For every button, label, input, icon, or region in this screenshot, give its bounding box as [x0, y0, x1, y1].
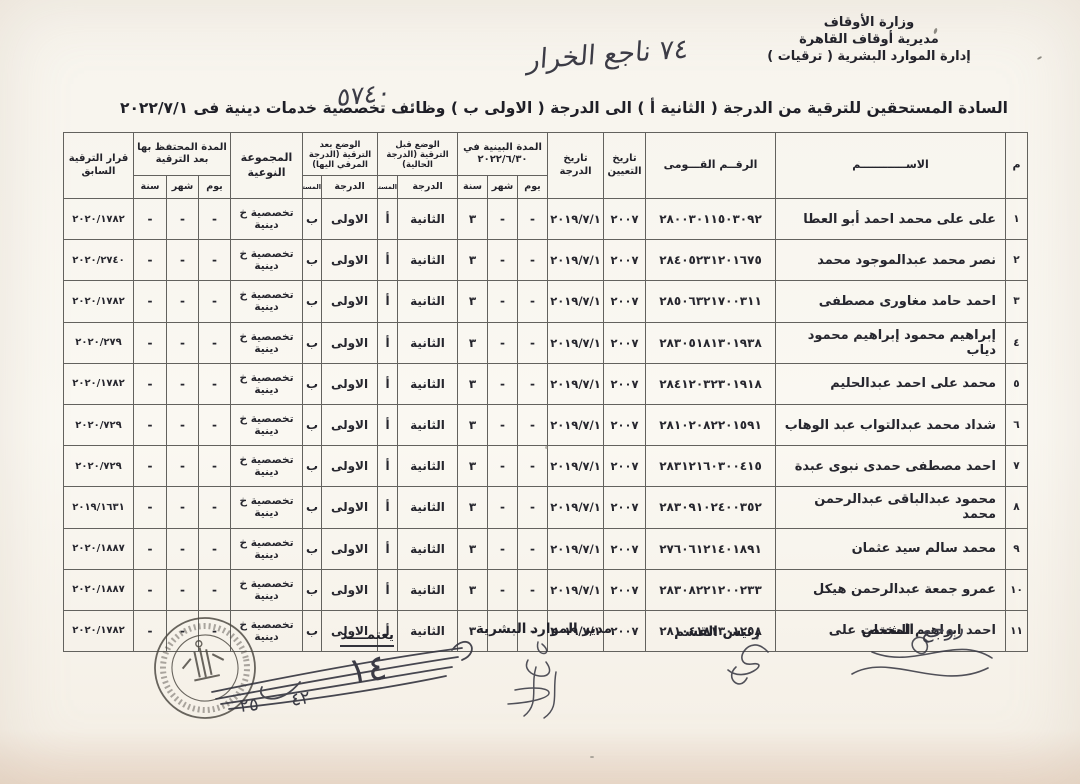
- cell-after-level: ب: [303, 446, 322, 487]
- table-row: ٦شداد محمد عبدالتواب عبد الوهاب٢٨١٠٢٠٨٢٢…: [64, 404, 1028, 445]
- cell-retained-year: -: [134, 569, 167, 610]
- cell-interim-month: -: [488, 240, 518, 281]
- cell-name: محمود عبدالباقى عبدالرحمن محمد: [776, 487, 1006, 528]
- cell-retained-day: -: [199, 487, 231, 528]
- cell-group: تخصصية خ دينية: [231, 569, 303, 610]
- cell-after-level: ب: [303, 569, 322, 610]
- col-retained-month: شهر: [167, 176, 199, 199]
- cell-serial: ٤: [1006, 322, 1028, 363]
- cell-retained-day: -: [199, 199, 231, 240]
- cell-retained-month: -: [167, 528, 199, 569]
- table-row: ٢نصر محمد عبدالموجود محمد٢٨٤٠٥٢٣١٢٠١٦٧٥٢…: [64, 240, 1028, 281]
- cell-national-id: ٢٧٦٠٦١٢١٤٠١٨٩١: [646, 528, 776, 569]
- promotion-table-wrapper: م الاســــــــــــم الرقــم القـــومى تا…: [63, 132, 1022, 652]
- table-row: ١على على محمد احمد أبو العطا٢٨٠٠٣٠١١٥٠٣٠…: [64, 199, 1028, 240]
- cell-after-grade: الاولى: [322, 199, 378, 240]
- cell-name: احمد مصطفى حمدى نبوى عبدة: [776, 446, 1006, 487]
- cell-serial: ٨: [1006, 487, 1028, 528]
- cell-hire-year: ٢٠٠٧: [604, 569, 646, 610]
- cell-interim-day: -: [518, 240, 548, 281]
- dept-head-signature: [728, 637, 768, 684]
- cell-before-grade: الثانية: [398, 240, 458, 281]
- cell-prev-decision: ٢٠٢٠/١٨٨٧: [64, 569, 134, 610]
- cell-national-id: ٢٨٤٠٥٢٣١٢٠١٦٧٥: [646, 240, 776, 281]
- cell-before-level: أ: [378, 240, 398, 281]
- promotion-table: م الاســــــــــــم الرقــم القـــومى تا…: [63, 132, 1028, 652]
- document-page: وزارة الأوقاف مديرية أوقاف القاهرة إدارة…: [0, 0, 1080, 784]
- page-title: السادة المستحقين للترقية من الدرجة ( الث…: [120, 99, 1008, 117]
- table-row: ٨محمود عبدالباقى عبدالرحمن محمد٢٨٣٠٩١٠٢٤…: [64, 487, 1028, 528]
- cell-interim-year: ٣: [458, 487, 488, 528]
- cell-grade-date: ٢٠١٩/٧/١: [548, 569, 604, 610]
- cell-interim-day: -: [518, 446, 548, 487]
- cell-serial: ٣: [1006, 281, 1028, 322]
- cell-group: تخصصية خ دينية: [231, 281, 303, 322]
- cell-prev-decision: ٢٠١٩/١٦٣١: [64, 487, 134, 528]
- cell-before-level: أ: [378, 569, 398, 610]
- cell-before-level: أ: [378, 528, 398, 569]
- table-row: ٤إبراهيم محمود إبراهيم محمود دياب٢٨٣٠٥١٨…: [64, 322, 1028, 363]
- cell-interim-month: -: [488, 487, 518, 528]
- scan-speck: [1037, 56, 1042, 60]
- col-after-level: المستوى: [303, 176, 322, 199]
- signatures-and-stamp-layer: ١٤ ٢٥ ٤٢: [0, 612, 1080, 784]
- stamp-handwritten-number-1: ١٤: [346, 647, 390, 693]
- col-name: الاســــــــــــم: [776, 133, 1006, 199]
- cell-retained-day: -: [199, 528, 231, 569]
- cell-group: تخصصية خ دينية: [231, 363, 303, 404]
- cell-national-id: ٢٨٣١٢١٦٠٣٠٠٤١٥: [646, 446, 776, 487]
- cell-grade-date: ٢٠١٩/٧/١: [548, 404, 604, 445]
- cell-interim-year: ٣: [458, 322, 488, 363]
- cell-hire-year: ٢٠٠٧: [604, 322, 646, 363]
- cell-prev-decision: ٢٠٢٠/٢٧٩: [64, 322, 134, 363]
- cell-group: تخصصية خ دينية: [231, 446, 303, 487]
- cell-before-grade: الثانية: [398, 528, 458, 569]
- cell-interim-month: -: [488, 404, 518, 445]
- scan-speck: [545, 446, 548, 449]
- directorate-name: مديرية أوقاف القاهرة: [754, 31, 984, 48]
- cell-grade-date: ٢٠١٩/٧/١: [548, 446, 604, 487]
- cell-after-level: ب: [303, 404, 322, 445]
- cell-serial: ٦: [1006, 404, 1028, 445]
- cell-group: تخصصية خ دينية: [231, 322, 303, 363]
- cell-national-id: ٢٨٤١٢٠٣٢٣٠١٩١٨: [646, 363, 776, 404]
- cell-hire-year: ٢٠٠٧: [604, 281, 646, 322]
- cell-hire-year: ٢٠٠٧: [604, 240, 646, 281]
- cell-serial: ٧: [1006, 446, 1028, 487]
- cell-interim-year: ٣: [458, 528, 488, 569]
- table-row: ٧احمد مصطفى حمدى نبوى عبدة٢٨٣١٢١٦٠٣٠٠٤١٥…: [64, 446, 1028, 487]
- cell-national-id: ٢٨٣٠٩١٠٢٤٠٠٣٥٢: [646, 487, 776, 528]
- cell-interim-year: ٣: [458, 569, 488, 610]
- cell-after-grade: الاولى: [322, 322, 378, 363]
- cell-retained-year: -: [134, 322, 167, 363]
- cell-national-id: ٢٨٥٠٦٣٢١٧٠٠٣١١: [646, 281, 776, 322]
- department-name: إدارة الموارد البشرية ( ترقيات ): [754, 48, 984, 65]
- cell-after-grade: الاولى: [322, 240, 378, 281]
- col-retained-period: المدة المحتفظ بها بعد الترقية: [134, 133, 231, 176]
- cell-hire-year: ٢٠٠٧: [604, 199, 646, 240]
- cell-prev-decision: ٢٠٢٠/٢٧٤٠: [64, 240, 134, 281]
- cell-retained-month: -: [167, 569, 199, 610]
- col-interim-day: يوم: [518, 176, 548, 199]
- cell-retained-month: -: [167, 404, 199, 445]
- cell-grade-date: ٢٠١٩/٧/١: [548, 281, 604, 322]
- cell-after-grade: الاولى: [322, 528, 378, 569]
- cell-retained-month: -: [167, 446, 199, 487]
- col-group: المجموعة النوعية: [231, 133, 303, 199]
- cell-before-grade: الثانية: [398, 404, 458, 445]
- col-interim-year: سنة: [458, 176, 488, 199]
- cell-before-level: أ: [378, 446, 398, 487]
- cell-prev-decision: ٢٠٢٠/١٧٨٢: [64, 281, 134, 322]
- cell-serial: ٢: [1006, 240, 1028, 281]
- cell-interim-year: ٣: [458, 404, 488, 445]
- cell-interim-day: -: [518, 404, 548, 445]
- cell-before-grade: الثانية: [398, 322, 458, 363]
- cell-retained-month: -: [167, 322, 199, 363]
- cell-hire-year: ٢٠٠٧: [604, 528, 646, 569]
- cell-before-grade: الثانية: [398, 199, 458, 240]
- cell-before-level: أ: [378, 281, 398, 322]
- stamp-handwritten-number-2: ٢٥: [238, 694, 259, 717]
- cell-interim-month: -: [488, 322, 518, 363]
- col-interim-period: المدة البينية في ٢٠٢٢/٦/٣٠: [458, 133, 548, 176]
- cell-retained-day: -: [199, 446, 231, 487]
- cell-retained-year: -: [134, 199, 167, 240]
- cell-retained-month: -: [167, 487, 199, 528]
- col-serial: م: [1006, 133, 1028, 199]
- cell-interim-month: -: [488, 281, 518, 322]
- col-interim-month: شهر: [488, 176, 518, 199]
- cell-retained-day: -: [199, 404, 231, 445]
- cell-interim-day: -: [518, 199, 548, 240]
- cell-name: عمرو جمعة عبدالرحمن هيكل: [776, 569, 1006, 610]
- cell-interim-month: -: [488, 363, 518, 404]
- cell-grade-date: ٢٠١٩/٧/١: [548, 528, 604, 569]
- cell-interim-month: -: [488, 528, 518, 569]
- cell-before-grade: الثانية: [398, 363, 458, 404]
- hr-manager-signature: [508, 642, 556, 718]
- cell-national-id: ٢٨٣٠٥١٨١٣٠١٩٣٨: [646, 322, 776, 363]
- col-retained-year: سنة: [134, 176, 167, 199]
- specialist-signature: [852, 637, 992, 676]
- cell-after-grade: الاولى: [322, 569, 378, 610]
- cell-after-grade: الاولى: [322, 363, 378, 404]
- col-retained-day: يوم: [199, 176, 231, 199]
- cell-hire-year: ٢٠٠٧: [604, 363, 646, 404]
- cell-group: تخصصية خ دينية: [231, 528, 303, 569]
- cell-prev-decision: ٢٠٢٠/١٨٨٧: [64, 528, 134, 569]
- col-prev-decision: قرار الترقية السابق: [64, 133, 134, 199]
- letterhead: وزارة الأوقاف مديرية أوقاف القاهرة إدارة…: [754, 14, 984, 65]
- cell-after-grade: الاولى: [322, 404, 378, 445]
- cell-national-id: ٢٨١٠٢٠٨٢٢٠١٥٩١: [646, 404, 776, 445]
- col-before-grade: الدرجة: [398, 176, 458, 199]
- cell-after-level: ب: [303, 363, 322, 404]
- cell-interim-month: -: [488, 199, 518, 240]
- cell-retained-year: -: [134, 281, 167, 322]
- cell-interim-year: ٣: [458, 281, 488, 322]
- table-row: ١٠عمرو جمعة عبدالرحمن هيكل٢٨٣٠٨٢٢١٢٠٠٢٣٣…: [64, 569, 1028, 610]
- stamp-handwritten-number-3: ٤٢: [289, 687, 312, 711]
- cell-prev-decision: ٢٠٢٠/١٧٨٢: [64, 199, 134, 240]
- cell-name: محمد سالم سيد عثمان: [776, 528, 1006, 569]
- cell-retained-day: -: [199, 569, 231, 610]
- cell-serial: ١: [1006, 199, 1028, 240]
- cell-after-level: ب: [303, 281, 322, 322]
- table-row: ٩محمد سالم سيد عثمان٢٧٦٠٦١٢١٤٠١٨٩١٢٠٠٧٢٠…: [64, 528, 1028, 569]
- table-row: ٥محمد على احمد عبدالحليم٢٨٤١٢٠٣٢٣٠١٩١٨٢٠…: [64, 363, 1028, 404]
- cell-interim-day: -: [518, 569, 548, 610]
- cell-interim-day: -: [518, 281, 548, 322]
- cell-after-level: ب: [303, 528, 322, 569]
- cell-retained-year: -: [134, 404, 167, 445]
- cell-national-id: ٢٨٠٠٣٠١١٥٠٣٠٩٢: [646, 199, 776, 240]
- stamp-eagle-emblem: [178, 636, 227, 682]
- cell-retained-day: -: [199, 363, 231, 404]
- table-row: ٣احمد حامد مغاورى مصطفى٢٨٥٠٦٣٢١٧٠٠٣١١٢٠٠…: [64, 281, 1028, 322]
- cell-interim-day: -: [518, 363, 548, 404]
- scan-speck: [590, 756, 594, 758]
- cell-name: نصر محمد عبدالموجود محمد: [776, 240, 1006, 281]
- cell-group: تخصصية خ دينية: [231, 487, 303, 528]
- cell-after-grade: الاولى: [322, 487, 378, 528]
- cell-name: على على محمد احمد أبو العطا: [776, 199, 1006, 240]
- cell-interim-year: ٣: [458, 240, 488, 281]
- cell-grade-date: ٢٠١٩/٧/١: [548, 322, 604, 363]
- cell-retained-day: -: [199, 240, 231, 281]
- cell-retained-month: -: [167, 240, 199, 281]
- cell-group: تخصصية خ دينية: [231, 240, 303, 281]
- cell-serial: ٥: [1006, 363, 1028, 404]
- cell-retained-year: -: [134, 446, 167, 487]
- cell-serial: ٩: [1006, 528, 1028, 569]
- cell-before-level: أ: [378, 199, 398, 240]
- col-after-grade: الدرجة: [322, 176, 378, 199]
- cell-grade-date: ٢٠١٩/٧/١: [548, 199, 604, 240]
- cell-name: شداد محمد عبدالتواب عبد الوهاب: [776, 404, 1006, 445]
- cell-retained-year: -: [134, 240, 167, 281]
- cell-interim-year: ٣: [458, 363, 488, 404]
- cell-prev-decision: ٢٠٢٠/٧٢٩: [64, 446, 134, 487]
- cell-before-grade: الثانية: [398, 569, 458, 610]
- cell-retained-day: -: [199, 322, 231, 363]
- cell-grade-date: ٢٠١٩/٧/١: [548, 363, 604, 404]
- ministry-name: وزارة الأوقاف: [754, 14, 984, 31]
- cell-name: إبراهيم محمود إبراهيم محمود دياب: [776, 322, 1006, 363]
- cell-retained-year: -: [134, 363, 167, 404]
- cell-retained-month: -: [167, 199, 199, 240]
- cell-retained-year: -: [134, 487, 167, 528]
- cell-name: احمد حامد مغاورى مصطفى: [776, 281, 1006, 322]
- cell-interim-month: -: [488, 569, 518, 610]
- cell-interim-day: -: [518, 322, 548, 363]
- cell-before-level: أ: [378, 322, 398, 363]
- cell-grade-date: ٢٠١٩/٧/١: [548, 240, 604, 281]
- cell-before-level: أ: [378, 404, 398, 445]
- cell-after-grade: الاولى: [322, 281, 378, 322]
- cell-prev-decision: ٢٠٢٠/٧٢٩: [64, 404, 134, 445]
- cell-retained-month: -: [167, 363, 199, 404]
- cell-group: تخصصية خ دينية: [231, 404, 303, 445]
- cell-after-level: ب: [303, 487, 322, 528]
- cell-after-level: ب: [303, 199, 322, 240]
- cell-hire-year: ٢٠٠٧: [604, 404, 646, 445]
- cell-interim-month: -: [488, 446, 518, 487]
- col-after-promotion: الوضع بعد الترقية (الدرجة المرقي اليها): [303, 133, 378, 176]
- cell-before-level: أ: [378, 363, 398, 404]
- cell-interim-year: ٣: [458, 446, 488, 487]
- cell-interim-day: -: [518, 487, 548, 528]
- cell-hire-year: ٢٠٠٧: [604, 446, 646, 487]
- cell-serial: ١٠: [1006, 569, 1028, 610]
- cell-after-grade: الاولى: [322, 446, 378, 487]
- cell-name: محمد على احمد عبدالحليم: [776, 363, 1006, 404]
- col-hire-date: تاريخ التعيين: [604, 133, 646, 199]
- col-before-level: المستوى: [378, 176, 398, 199]
- cell-after-level: ب: [303, 322, 322, 363]
- col-before-promotion: الوضع قبل الترقية (الدرجة الحالية): [378, 133, 458, 176]
- col-grade-date: تاريخ الدرجة: [548, 133, 604, 199]
- cell-national-id: ٢٨٣٠٨٢٢١٢٠٠٢٣٣: [646, 569, 776, 610]
- handwritten-note-right: ٧٤ ناجع الخرار: [526, 33, 689, 75]
- cell-before-level: أ: [378, 487, 398, 528]
- cell-retained-year: -: [134, 528, 167, 569]
- cell-interim-year: ٣: [458, 199, 488, 240]
- cell-hire-year: ٢٠٠٧: [604, 487, 646, 528]
- cell-prev-decision: ٢٠٢٠/١٧٨٢: [64, 363, 134, 404]
- cell-retained-day: -: [199, 281, 231, 322]
- cell-retained-month: -: [167, 281, 199, 322]
- col-national-id: الرقــم القـــومى: [646, 133, 776, 199]
- cell-group: تخصصية خ دينية: [231, 199, 303, 240]
- cell-after-level: ب: [303, 240, 322, 281]
- cell-before-grade: الثانية: [398, 446, 458, 487]
- cell-grade-date: ٢٠١٩/٧/١: [548, 487, 604, 528]
- cell-before-grade: الثانية: [398, 487, 458, 528]
- table-body: ١على على محمد احمد أبو العطا٢٨٠٠٣٠١١٥٠٣٠…: [64, 199, 1028, 652]
- cell-interim-day: -: [518, 528, 548, 569]
- cell-before-grade: الثانية: [398, 281, 458, 322]
